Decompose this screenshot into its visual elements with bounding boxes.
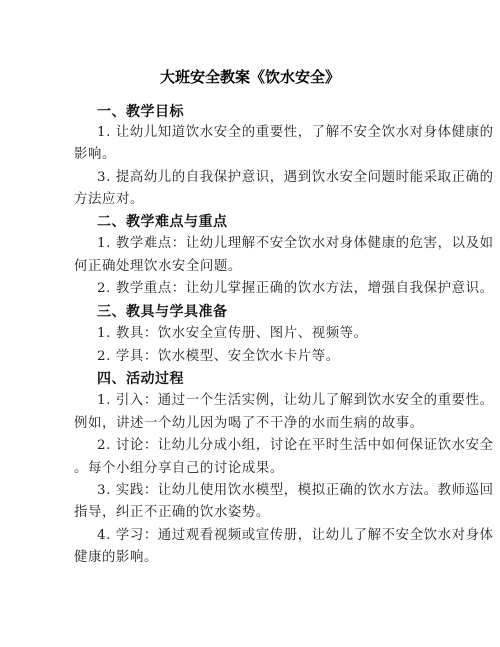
paragraph-line: 1. 引入：通过一个生活实例，让幼儿了解到饮水安全的重要性。 (97, 391, 447, 411)
paragraph-line: 例如，讲述一个幼儿因为喝了不干净的水而生病的故事。 (74, 414, 424, 434)
paragraph-line: 1. 让幼儿知道饮水安全的重要性，了解不安全饮水对身体健康的 (97, 123, 447, 143)
document-page: 大班安全教案《饮水安全》 一、教学目标 1. 让幼儿知道饮水安全的重要性，了解不… (0, 0, 500, 647)
paragraph-line: 1. 教学难点：让幼儿理解不安全饮水对身体健康的危害，以及如 (97, 234, 447, 254)
section-heading-activity: 四、活动过程 (97, 369, 184, 389)
paragraph-line: 3. 实践：让幼儿使用饮水模型，模拟正确的饮水方法。教师巡回 (97, 481, 447, 501)
paragraph-line: 健康的影响。 (74, 548, 424, 568)
section-heading-key-points: 二、教学难点与重点 (97, 212, 228, 232)
paragraph-line: 4. 学习：通过观看视频或宣传册，让幼儿了解不安全饮水对身体 (97, 526, 447, 546)
document-title: 大班安全教案《饮水安全》 (0, 67, 500, 87)
paragraph-line: 2. 讨论：让幼儿分成小组，讨论在平时生活中如何保证饮水安全 (97, 436, 447, 456)
paragraph-line: 指导，纠正不正确的饮水姿势。 (74, 503, 424, 523)
section-heading-objectives: 一、教学目标 (97, 102, 184, 122)
paragraph-line: 何正确处理饮水安全问题。 (74, 257, 424, 277)
paragraph-line: 2. 学具：饮水模型、安全饮水卡片等。 (97, 347, 447, 367)
paragraph-line: 2. 教学重点：让幼儿掌握正确的饮水方法，增强自我保护意识。 (97, 279, 447, 299)
paragraph-line: 。每个小组分享自己的讨论成果。 (74, 459, 424, 479)
section-heading-materials: 三、教具与学具准备 (97, 302, 228, 322)
paragraph-line: 1. 教具：饮水安全宣传册、图片、视频等。 (97, 324, 447, 344)
paragraph-line: 影响。 (74, 145, 424, 165)
paragraph-line: 3. 提高幼儿的自我保护意识，遇到饮水安全问题时能采取正确的 (97, 168, 447, 188)
paragraph-line: 方法应对。 (74, 190, 424, 210)
